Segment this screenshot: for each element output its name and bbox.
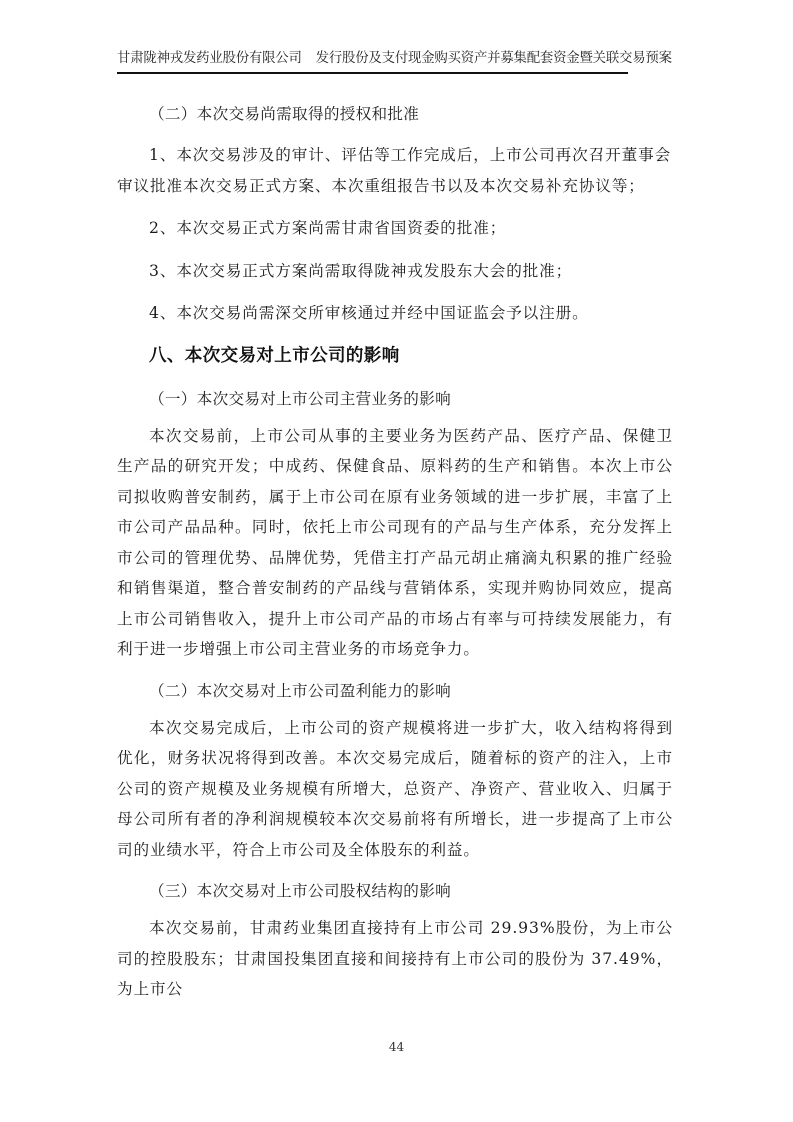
section-heading-impact: 八、本次交易对上市公司的影响 bbox=[117, 343, 673, 369]
approval-item-4: 4、本次交易尚需深交所审核通过并经中国证监会予以注册。 bbox=[117, 298, 673, 329]
subsection-heading-profitability: （二）本次交易对上市公司盈利能力的影响 bbox=[117, 679, 673, 703]
paragraph-profitability: 本次交易完成后，上市公司的资产规模将进一步扩大，收入结构将得到优化，财务状况将得… bbox=[117, 713, 673, 866]
header-company-name: 甘肃陇神戎发药业股份有限公司 bbox=[117, 51, 302, 66]
header-document-title: 发行股份及支付现金购买资产并募集配套资金暨关联交易预案 bbox=[316, 51, 672, 66]
subsection-heading-main-business: （一）本次交易对上市公司主营业务的影响 bbox=[117, 387, 673, 411]
approval-item-1: 1、本次交易涉及的审计、评估等工作完成后，上市公司再次召开董事会审议批准本次交易… bbox=[117, 140, 673, 201]
subsection-heading-equity-structure: （三）本次交易对上市公司股权结构的影响 bbox=[117, 879, 673, 903]
approval-item-3: 3、本次交易正式方案尚需取得陇神戎发股东大会的批准； bbox=[117, 256, 673, 287]
paragraph-main-business: 本次交易前，上市公司从事的主要业务为医药产品、医疗产品、保健卫生产品的研究开发；… bbox=[117, 421, 673, 665]
paragraph-equity-structure: 本次交易前，甘肃药业集团直接持有上市公司 29.93%股份，为上市公司的控股股东… bbox=[117, 913, 673, 1005]
page-number: 44 bbox=[0, 1040, 793, 1054]
page-content: （二）本次交易尚需取得的授权和批准 1、本次交易涉及的审计、评估等工作完成后，上… bbox=[117, 88, 673, 1005]
approvals-heading: （二）本次交易尚需取得的授权和批准 bbox=[117, 102, 673, 126]
page-header: 甘肃陇神戎发药业股份有限公司发行股份及支付现金购买资产并募集配套资金暨关联交易预… bbox=[117, 50, 628, 74]
approval-item-2: 2、本次交易正式方案尚需甘肃省国资委的批准； bbox=[117, 213, 673, 244]
